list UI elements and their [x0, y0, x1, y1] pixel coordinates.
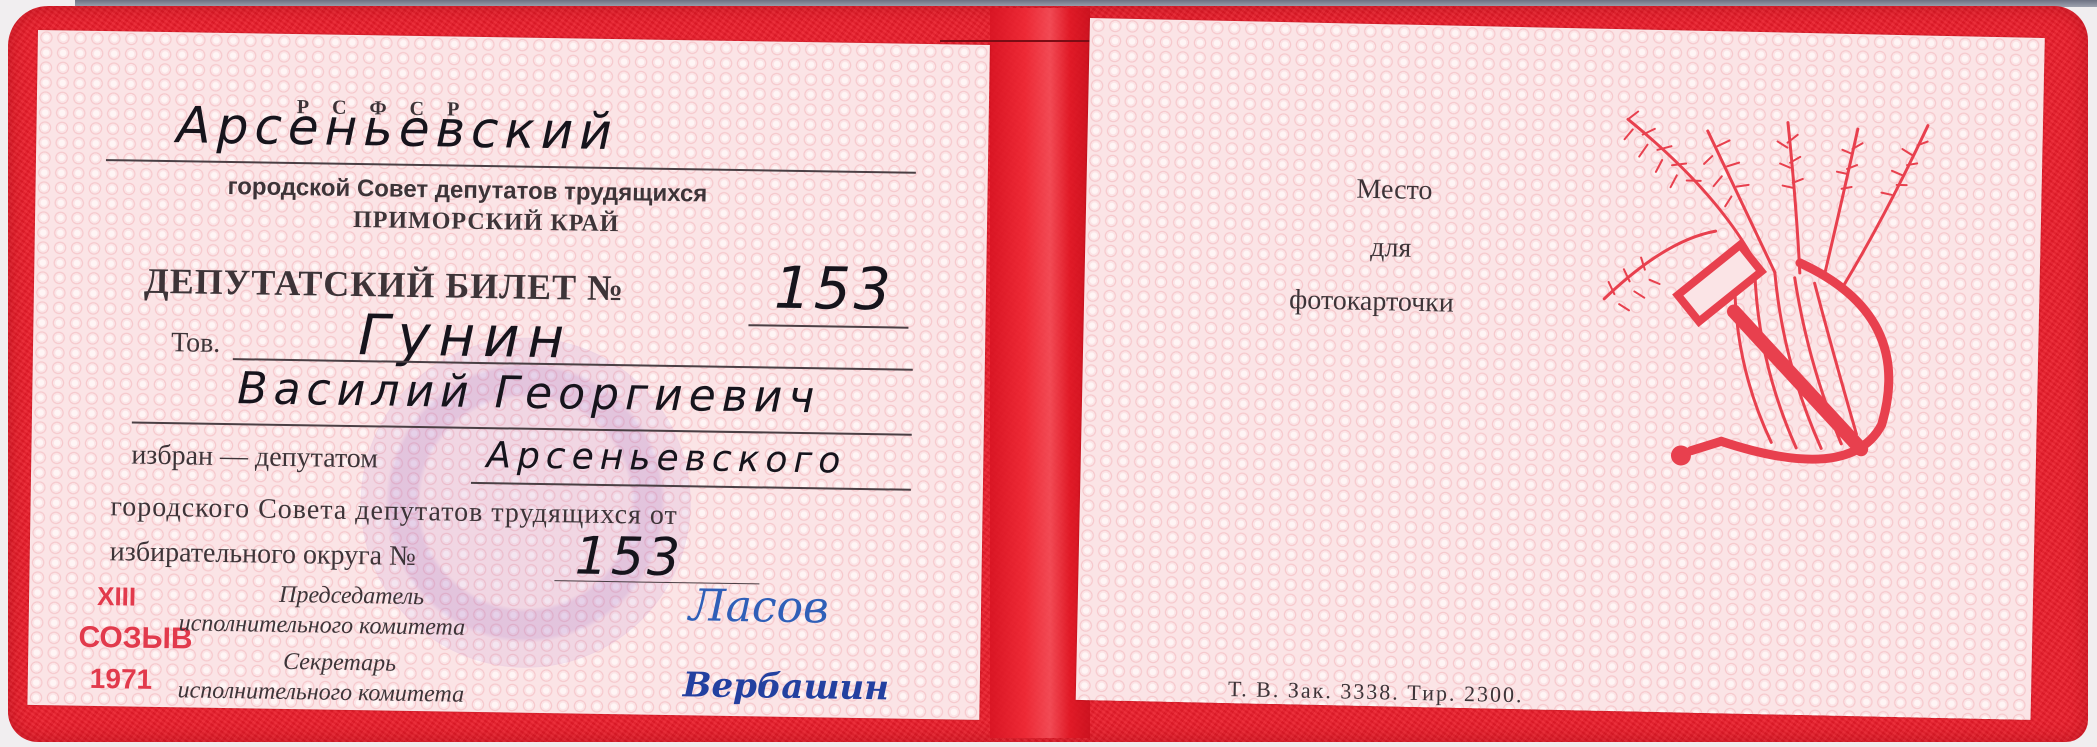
card-number-underline	[748, 324, 908, 329]
comrade-label: Тов.	[171, 327, 221, 360]
secretary-label-2: исполнительного комитета	[177, 677, 464, 708]
district-label: избирательного округа №	[110, 536, 416, 573]
card-number: 153	[774, 254, 895, 324]
photo-place-line-3: фотокарточки	[1289, 284, 1454, 319]
hammer-sickle-wheat-icon	[1580, 98, 1978, 506]
secretary-label-1: Секретарь	[283, 649, 396, 678]
district-number: 153	[574, 527, 683, 589]
card-title: ДЕПУТАТСКИЙ БИЛЕТ №	[144, 260, 625, 310]
secretary-signature: Вербашин	[682, 665, 889, 708]
convocation-year: 1971	[90, 663, 153, 696]
photo-place-line-1: Место	[1356, 174, 1433, 208]
spine	[990, 8, 1090, 738]
elected-to-handwritten: Арсеньевского	[486, 435, 847, 482]
chairman-signature: Ласов	[689, 580, 829, 633]
convocation-roman: XIII	[97, 581, 136, 613]
name-patronymic: Василий Георгиевич	[237, 363, 821, 423]
convocation-label: СОЗЫВ	[78, 621, 193, 657]
region-label: ПРИМОРСКИЙ КРАЙ	[353, 207, 620, 238]
chairman-label-2: исполнительного комитета	[178, 610, 465, 641]
right-page: Место для фотокарточки	[1076, 18, 2045, 720]
city-handwritten: Арсеньевский	[176, 96, 618, 161]
print-imprint: Т. В. Зак. 3338. Тир. 2300.	[1228, 676, 1524, 708]
elected-label: избран — депутатом	[131, 440, 378, 476]
chairman-label-1: Председатель	[279, 582, 424, 611]
photo-place-line-2: для	[1370, 232, 1412, 265]
city-underline	[106, 159, 916, 174]
left-page: Р С Ф С Р Арсеньевский городской Совет д…	[27, 30, 989, 720]
council-line: городской Совет депутатов трудящихся	[227, 173, 707, 209]
